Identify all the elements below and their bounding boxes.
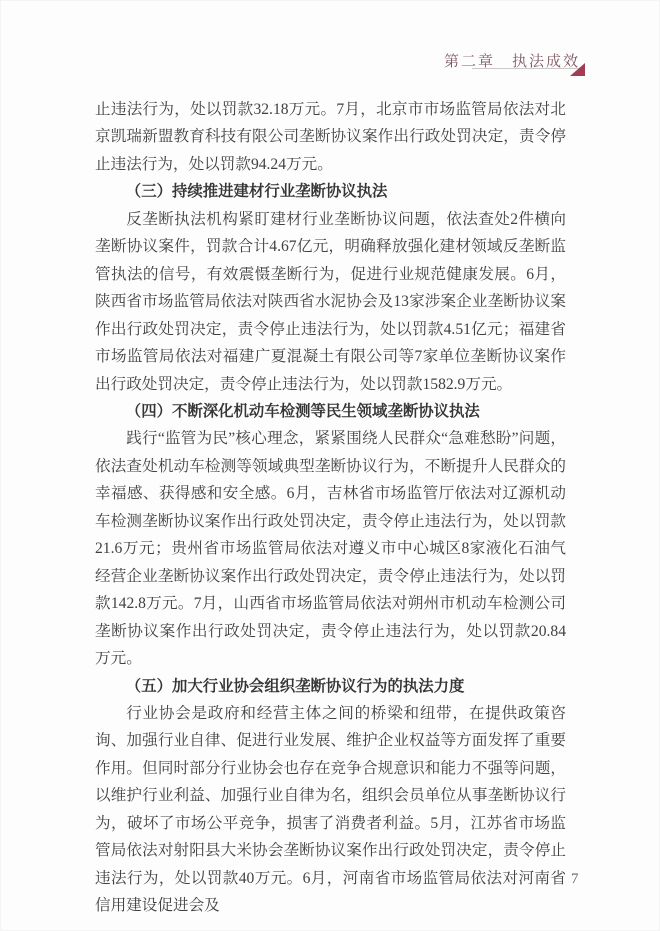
body-paragraph: 践行“监管为民”核心理念，紧紧围绕人民群众“急难愁盼”问题，依法查处机动车检测等… xyxy=(95,425,566,672)
document-body: 止违法行为，处以罚款32.18万元。7月，北京市市场监管局依法对北京凯瑞新盟教育… xyxy=(95,96,566,920)
section-heading: （五）加大行业协会组织垄断协议行为的执法力度 xyxy=(95,673,566,700)
section-heading: （三）持续推进建材行业垄断协议执法 xyxy=(95,178,566,205)
body-paragraph: 反垄断执法机构紧盯建材行业垄断协议问题，依法查处2件横向垄断协议案件，罚款合计4… xyxy=(95,206,566,398)
document-page: 第二章 执法成效 止违法行为，处以罚款32.18万元。7月，北京市市场监管局依法… xyxy=(0,0,660,931)
body-paragraph: 行业协会是政府和经营主体之间的桥梁和纽带，在提供政策咨询、加强行业自律、促进行业… xyxy=(95,700,566,920)
body-paragraph: 止违法行为，处以罚款32.18万元。7月，北京市市场监管局依法对北京凯瑞新盟教育… xyxy=(95,96,566,178)
chapter-ornament-triangle-icon xyxy=(570,63,585,76)
header-rule-line xyxy=(472,68,580,69)
section-heading: （四）不断深化机动车检测等民生领域垄断协议执法 xyxy=(95,398,566,425)
page-number: 7 xyxy=(571,871,579,888)
